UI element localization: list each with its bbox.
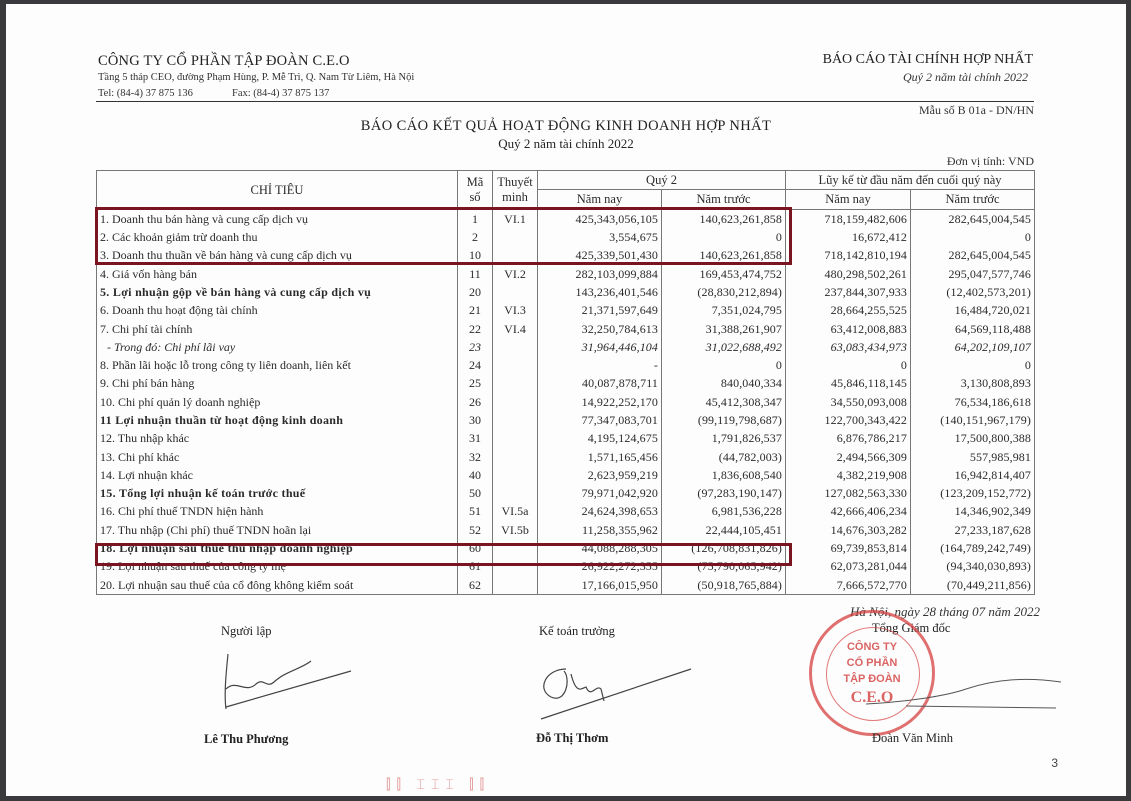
row-value-ytd-prev: (164,789,242,749) [911, 539, 1035, 557]
stamp-line1: CÔNG TY [812, 641, 932, 653]
row-label: 12. Thu nhập khác [97, 429, 458, 447]
row-code: 21 [458, 301, 493, 319]
row-value-q-cur: 4,195,124,675 [538, 429, 662, 447]
header-code: Mã số [458, 171, 493, 210]
row-label: - Trong đó: Chi phí lãi vay [97, 338, 458, 356]
row-note [493, 283, 538, 301]
row-value-ytd-cur: 42,666,406,234 [786, 502, 911, 520]
row-value-q-cur: 17,166,015,950 [538, 576, 662, 595]
chief-accountant-title: Kế toán trưởng [539, 624, 615, 639]
header-note-line2: minh [502, 190, 528, 204]
row-value-q-prev: (44,782,003) [662, 447, 786, 465]
row-value-q-cur: 21,371,597,649 [538, 301, 662, 319]
row-value-q-prev: 31,022,688,492 [662, 338, 786, 356]
table-row: 14. Lợi nhuận khác402,623,959,2191,836,6… [97, 466, 1035, 484]
row-value-q-prev: 45,412,308,347 [662, 393, 786, 411]
row-value-ytd-cur: 4,382,219,908 [786, 466, 911, 484]
row-value-ytd-prev: 76,534,186,618 [911, 393, 1035, 411]
row-value-q-cur: 77,347,083,701 [538, 411, 662, 429]
row-value-q-prev: 7,351,024,795 [662, 301, 786, 319]
row-code: 26 [458, 393, 493, 411]
row-value-ytd-cur: 6,876,786,217 [786, 429, 911, 447]
row-value-q-cur: 79,971,042,920 [538, 484, 662, 502]
row-code: 20 [458, 283, 493, 301]
company-stamp: CÔNG TY CỔ PHẦN TẬP ĐOÀN C.E.O [809, 610, 935, 736]
row-value-ytd-cur: 718,142,810,194 [786, 246, 911, 264]
row-value-ytd-cur: 718,159,482,606 [786, 209, 911, 228]
row-code: 31 [458, 429, 493, 447]
highlight-revenue-box [95, 207, 792, 265]
row-label: 8. Phần lãi hoặc lỗ trong công ty liên d… [97, 356, 458, 374]
table-row: 10. Chi phí quản lý doanh nghiệp2614,922… [97, 393, 1035, 411]
chief-accountant-name: Đỗ Thị Thơm [536, 731, 608, 746]
header-ytd-group: Lũy kế từ đầu năm đến cuối quý này [786, 171, 1035, 190]
row-code: 11 [458, 264, 493, 282]
row-value-q-prev: (99,119,798,687) [662, 411, 786, 429]
row-value-ytd-prev: 3,130,808,893 [911, 374, 1035, 392]
row-value-q-prev: 31,388,261,907 [662, 319, 786, 337]
row-value-ytd-cur: 16,672,412 [786, 228, 911, 246]
report-period: Quý 2 năm tài chính 2022 [903, 70, 1028, 85]
row-note: VI.2 [493, 264, 538, 282]
row-value-q-prev: 169,453,474,752 [662, 264, 786, 282]
row-value-ytd-cur: 237,844,307,933 [786, 283, 911, 301]
chief-accountant-signature [526, 659, 696, 724]
row-note [493, 393, 538, 411]
row-note: VI.5a [493, 502, 538, 520]
row-value-ytd-cur: 7,666,572,770 [786, 576, 911, 595]
row-value-ytd-prev: (70,449,211,856) [911, 576, 1035, 595]
table-row: 4. Giá vốn hàng bán11VI.2282,103,099,884… [97, 264, 1035, 282]
row-value-ytd-prev: 0 [911, 356, 1035, 374]
row-value-ytd-cur: 0 [786, 356, 911, 374]
page-subtitle: Quý 2 năm tài chính 2022 [6, 136, 1126, 152]
header-note-line1: Thuyết [497, 175, 532, 189]
row-value-ytd-prev: 17,500,800,388 [911, 429, 1035, 447]
row-value-ytd-prev: 295,047,577,746 [911, 264, 1035, 282]
table-row: 8. Phần lãi hoặc lỗ trong công ty liên d… [97, 356, 1035, 374]
row-code: 32 [458, 447, 493, 465]
header-ytd-prev-year: Năm trước [911, 190, 1035, 209]
row-value-ytd-cur: 2,494,566,309 [786, 447, 911, 465]
row-code: 22 [458, 319, 493, 337]
table-row: 12. Thu nhập khác314,195,124,6751,791,82… [97, 429, 1035, 447]
table-row: 17. Thu nhập (Chi phí) thuế TNDN hoãn lạ… [97, 521, 1035, 539]
row-value-ytd-prev: 16,942,814,407 [911, 466, 1035, 484]
row-value-ytd-prev: 27,233,187,628 [911, 521, 1035, 539]
row-value-ytd-cur: 122,700,343,422 [786, 411, 911, 429]
header-divider [96, 101, 1034, 102]
row-note [493, 429, 538, 447]
row-value-ytd-prev: (12,402,573,201) [911, 283, 1035, 301]
row-label: 15. Tổng lợi nhuận kế toán trước thuế [97, 484, 458, 502]
header-code-line1: Mã [467, 175, 484, 189]
document-page: CÔNG TY CỔ PHẦN TẬP ĐOÀN C.E.O Tầng 5 th… [6, 4, 1126, 796]
page-number: 3 [1051, 756, 1058, 770]
row-value-ytd-cur: 62,073,281,044 [786, 557, 911, 575]
row-note [493, 576, 538, 595]
row-label: 16. Chi phí thuế TNDN hiện hành [97, 502, 458, 520]
row-label: 11 Lợi nhuận thuần từ hoạt động kinh doa… [97, 411, 458, 429]
ceo-signature [866, 674, 1066, 714]
ceo-name: Đoàn Văn Minh [872, 731, 953, 746]
row-value-q-cur: - [538, 356, 662, 374]
row-note: VI.5b [493, 521, 538, 539]
page-title: BÁO CÁO KẾT QUẢ HOẠT ĐỘNG KINH DOANH HỢP… [6, 118, 1126, 135]
row-value-q-prev: 1,836,608,540 [662, 466, 786, 484]
row-label: 6. Doanh thu hoạt động tài chính [97, 301, 458, 319]
preparer-signature [216, 649, 356, 719]
row-value-ytd-cur: 28,664,255,525 [786, 301, 911, 319]
table-row: 13. Chi phí khác321,571,165,456(44,782,0… [97, 447, 1035, 465]
row-value-q-prev: 6,981,536,228 [662, 502, 786, 520]
row-value-ytd-prev: 557,985,981 [911, 447, 1035, 465]
row-value-q-cur: 14,922,252,170 [538, 393, 662, 411]
row-value-ytd-cur: 14,676,303,282 [786, 521, 911, 539]
row-label: 4. Giá vốn hàng bán [97, 264, 458, 282]
row-label: 5. Lợi nhuận gộp về bán hàng và cung cấp… [97, 283, 458, 301]
row-note [493, 374, 538, 392]
table-row: 11 Lợi nhuận thuần từ hoạt động kinh doa… [97, 411, 1035, 429]
row-value-q-cur: 282,103,099,884 [538, 264, 662, 282]
row-value-ytd-prev: (123,209,152,772) [911, 484, 1035, 502]
row-note [493, 466, 538, 484]
row-code: 40 [458, 466, 493, 484]
company-address: Tầng 5 tháp CEO, đường Phạm Hùng, P. Mễ … [98, 72, 414, 83]
form-number: Mẫu số B 01a - DN/HN [919, 103, 1034, 118]
row-value-q-cur: 31,964,446,104 [538, 338, 662, 356]
report-type: BÁO CÁO TÀI CHÍNH HỢP NHẤT [823, 52, 1033, 68]
row-label: 13. Chi phí khác [97, 447, 458, 465]
row-note [493, 447, 538, 465]
row-value-ytd-prev: (94,340,030,893) [911, 557, 1035, 575]
header-ytd-this-year: Năm nay [786, 190, 911, 209]
header-note: Thuyết minh [493, 171, 538, 210]
row-value-q-cur: 24,624,398,653 [538, 502, 662, 520]
row-value-q-prev: 22,444,105,451 [662, 521, 786, 539]
stamp-bleed-through: ⫿⫿ ⌶⌶⌶ ⫿⫿ [386, 778, 490, 794]
company-name: CÔNG TY CỔ PHẦN TẬP ĐOÀN C.E.O [98, 53, 350, 70]
row-note [493, 356, 538, 374]
row-label: 14. Lợi nhuận khác [97, 466, 458, 484]
row-value-ytd-cur: 45,846,118,145 [786, 374, 911, 392]
highlight-net-profit-box [95, 543, 792, 566]
row-value-ytd-prev: (140,151,967,179) [911, 411, 1035, 429]
row-note: VI.3 [493, 301, 538, 319]
row-value-ytd-prev: 282,645,004,545 [911, 209, 1035, 228]
row-label: 10. Chi phí quản lý doanh nghiệp [97, 393, 458, 411]
row-value-ytd-prev: 282,645,004,545 [911, 246, 1035, 264]
row-code: 23 [458, 338, 493, 356]
row-value-q-cur: 32,250,784,613 [538, 319, 662, 337]
row-value-ytd-cur: 63,412,008,883 [786, 319, 911, 337]
row-value-q-cur: 2,623,959,219 [538, 466, 662, 484]
row-value-q-prev: (97,283,190,147) [662, 484, 786, 502]
table-row: 9. Chi phí bán hàng2540,087,878,711840,0… [97, 374, 1035, 392]
row-value-ytd-cur: 34,550,093,008 [786, 393, 911, 411]
row-value-ytd-cur: 69,739,853,814 [786, 539, 911, 557]
company-fax: Fax: (84-4) 37 875 137 [232, 88, 329, 99]
preparer-name: Lê Thu Phương [204, 732, 288, 747]
table-row: 5. Lợi nhuận gộp về bán hàng và cung cấp… [97, 283, 1035, 301]
row-value-ytd-cur: 127,082,563,330 [786, 484, 911, 502]
row-value-q-prev: 840,040,334 [662, 374, 786, 392]
row-value-q-prev: (28,830,212,894) [662, 283, 786, 301]
row-value-q-prev: 0 [662, 356, 786, 374]
preparer-title: Người lập [221, 624, 272, 639]
table-row: 20. Lợi nhuận sau thuế của cổ đông không… [97, 576, 1035, 595]
header-item: CHỈ TIÊU [97, 171, 458, 210]
row-value-q-cur: 143,236,401,546 [538, 283, 662, 301]
row-value-ytd-prev: 16,484,720,021 [911, 301, 1035, 319]
row-value-ytd-prev: 64,202,109,107 [911, 338, 1035, 356]
row-label: 7. Chi phí tài chính [97, 319, 458, 337]
row-value-ytd-cur: 480,298,502,261 [786, 264, 911, 282]
row-code: 24 [458, 356, 493, 374]
row-value-q-cur: 1,571,165,456 [538, 447, 662, 465]
row-value-q-cur: 11,258,355,962 [538, 521, 662, 539]
row-value-q-cur: 40,087,878,711 [538, 374, 662, 392]
row-code: 25 [458, 374, 493, 392]
row-note: VI.4 [493, 319, 538, 337]
table-row: - Trong đó: Chi phí lãi vay2331,964,446,… [97, 338, 1035, 356]
table-row: 6. Doanh thu hoạt động tài chính21VI.321… [97, 301, 1035, 319]
row-note [493, 338, 538, 356]
currency-unit: Đơn vị tính: VND [947, 154, 1034, 169]
table-row: 16. Chi phí thuế TNDN hiện hành51VI.5a24… [97, 502, 1035, 520]
row-value-q-prev: (50,918,765,884) [662, 576, 786, 595]
table-row: 15. Tổng lợi nhuận kế toán trước thuế507… [97, 484, 1035, 502]
row-value-ytd-prev: 0 [911, 228, 1035, 246]
header-quarter-group: Quý 2 [538, 171, 786, 190]
company-tel: Tel: (84-4) 37 875 136 [98, 88, 193, 99]
row-code: 30 [458, 411, 493, 429]
row-label: 17. Thu nhập (Chi phí) thuế TNDN hoãn lạ… [97, 521, 458, 539]
row-value-ytd-cur: 63,083,434,973 [786, 338, 911, 356]
row-note [493, 484, 538, 502]
row-value-ytd-prev: 64,569,118,488 [911, 319, 1035, 337]
row-code: 52 [458, 521, 493, 539]
row-code: 51 [458, 502, 493, 520]
row-note [493, 411, 538, 429]
row-label: 9. Chi phí bán hàng [97, 374, 458, 392]
row-code: 50 [458, 484, 493, 502]
row-label: 20. Lợi nhuận sau thuế của cổ đông không… [97, 576, 458, 595]
row-value-q-prev: 1,791,826,537 [662, 429, 786, 447]
row-code: 62 [458, 576, 493, 595]
row-value-ytd-prev: 14,346,902,349 [911, 502, 1035, 520]
stamp-line2: CỔ PHẦN [812, 657, 932, 669]
table-row: 7. Chi phí tài chính22VI.432,250,784,613… [97, 319, 1035, 337]
header-code-line2: số [469, 190, 480, 204]
